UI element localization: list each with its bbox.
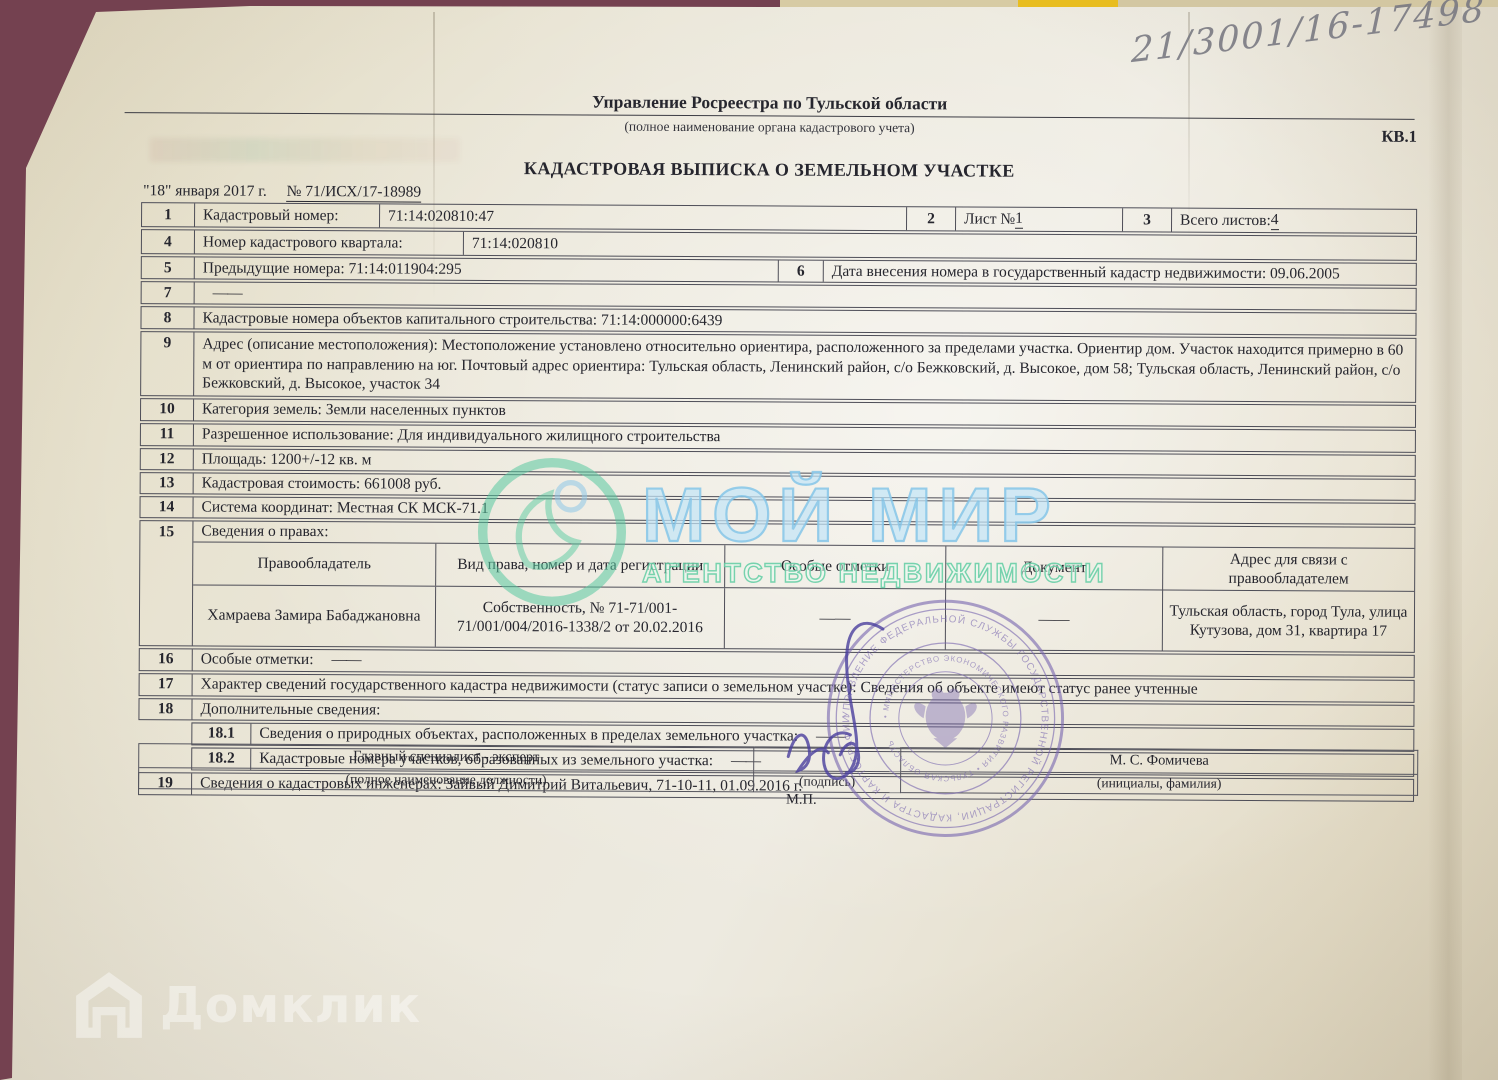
document-title: КАДАСТРОВАЯ ВЫПИСКА О ЗЕМЕЛЬНОМ УЧАСТКЕ	[124, 156, 1414, 184]
row-number: 17	[140, 674, 193, 695]
row-number: 18	[139, 699, 192, 719]
sheet-value: 1	[1015, 210, 1023, 229]
col-holder: Правообладатель	[193, 542, 436, 585]
row-number: 15	[140, 521, 194, 645]
table-row-9: 9 Адрес (описание местоположения): Место…	[140, 331, 1416, 402]
col-address: Адрес для связи с правообладателем	[1163, 547, 1414, 590]
row-label: Кадастровый номер:	[195, 203, 379, 227]
handwritten-signature	[740, 614, 931, 800]
outgoing-number: № 71/ИСХ/17-18989	[287, 183, 422, 203]
row-number: 1	[142, 203, 195, 226]
table-row-1: 1 Кадастровый номер: 71:14:020810:47 2 Л…	[141, 202, 1417, 234]
total-sheets-value: 4	[1271, 211, 1279, 230]
issue-date: "18" января 2017 г.	[143, 182, 267, 200]
row-number: 8	[141, 307, 194, 328]
dash: ——	[331, 651, 360, 669]
total-sheets: Всего листов: 4	[1171, 209, 1416, 233]
position-title: Главный специалист - эксперт	[139, 744, 753, 771]
col-kind: Вид права, номер и дата регистрации	[436, 543, 725, 587]
document-header: Управление Росреестра по Тульской област…	[125, 89, 1415, 139]
coordinate-system: Система координат: Местная СК МСК-71.1	[193, 497, 1414, 523]
row-number: 3	[1122, 208, 1171, 231]
row-number: 13	[141, 473, 194, 493]
row-number: 2	[906, 207, 955, 230]
empty-dash: ——	[195, 282, 1416, 309]
row-number: 11	[141, 424, 194, 445]
row-number: 16	[140, 649, 193, 670]
land-category: Категория земель: Земли населенных пункт…	[194, 399, 1415, 426]
capital-objects: Кадастровые номера объектов капитального…	[194, 307, 1415, 334]
date-line: "18" января 2017 г. № 71/ИСХ/17-18989	[143, 182, 421, 201]
table-row-4: 4 Номер кадастрового квартала: 71:14:020…	[141, 229, 1417, 261]
position-column: Главный специалист - эксперт (полное наи…	[138, 743, 754, 792]
row-number: 18.1	[192, 723, 251, 744]
row-number: 12	[141, 449, 194, 469]
total-sheets-label: Всего листов:	[1180, 211, 1271, 229]
position-caption: (полное наименование должности)	[139, 768, 753, 791]
rights-header-row: Правообладатель Вид права, номер и дата …	[193, 542, 1414, 591]
row-number: 9	[141, 332, 194, 395]
handwritten-registry-number: 21/3001/16-17498	[1131, 0, 1470, 71]
row-number: 7	[142, 282, 195, 303]
row-number: 6	[778, 260, 823, 281]
address-description: Адрес (описание местоположения): Местопо…	[194, 332, 1415, 401]
document-content: 21/3001/16-17498 КВ.1 Управление Росреес…	[0, 0, 1498, 1080]
col-notes: Особые отметки	[725, 545, 946, 588]
row-number: 10	[141, 399, 194, 420]
natural-objects-label: Сведения о природных объектах, расположе…	[259, 725, 798, 746]
cadastral-number-value: 71:14:020810:47	[379, 204, 906, 230]
registration-date: Дата внесения номера в государственный к…	[823, 261, 1416, 285]
row-number: 5	[142, 257, 195, 278]
photo-backdrop: 21/3001/16-17498 КВ.1 Управление Росреес…	[0, 0, 1498, 1080]
quarter-number-value: 71:14:020810	[463, 232, 1416, 260]
area-value: Площадь: 1200+/-12 кв. м	[194, 449, 1415, 475]
special-notes-label: Особые отметки:	[201, 650, 314, 669]
holder-address: Тульская область, город Тула, улица Куту…	[1163, 590, 1414, 651]
holder-name: Хамраева Замира Бабаджановна	[193, 585, 436, 646]
right-kind: Собственность, № 71-71/001-71/001/004/20…	[436, 586, 725, 648]
row-number: 4	[142, 230, 195, 253]
previous-numbers: Предыдущие номера: 71:14:011904:295	[195, 257, 778, 281]
row-label: Номер кадастрового квартала:	[195, 230, 463, 254]
sheet-label: Лист №	[964, 210, 1015, 228]
sheet-number: Лист № 1	[955, 207, 1122, 231]
row-number: 14	[140, 497, 193, 517]
permitted-use: Разрешенное использование: Для индивидуа…	[194, 424, 1415, 451]
dash: ——	[213, 284, 242, 302]
col-document: Документ	[946, 546, 1163, 589]
cadastral-value: Кадастровая стоимость: 661008 руб.	[194, 473, 1415, 499]
